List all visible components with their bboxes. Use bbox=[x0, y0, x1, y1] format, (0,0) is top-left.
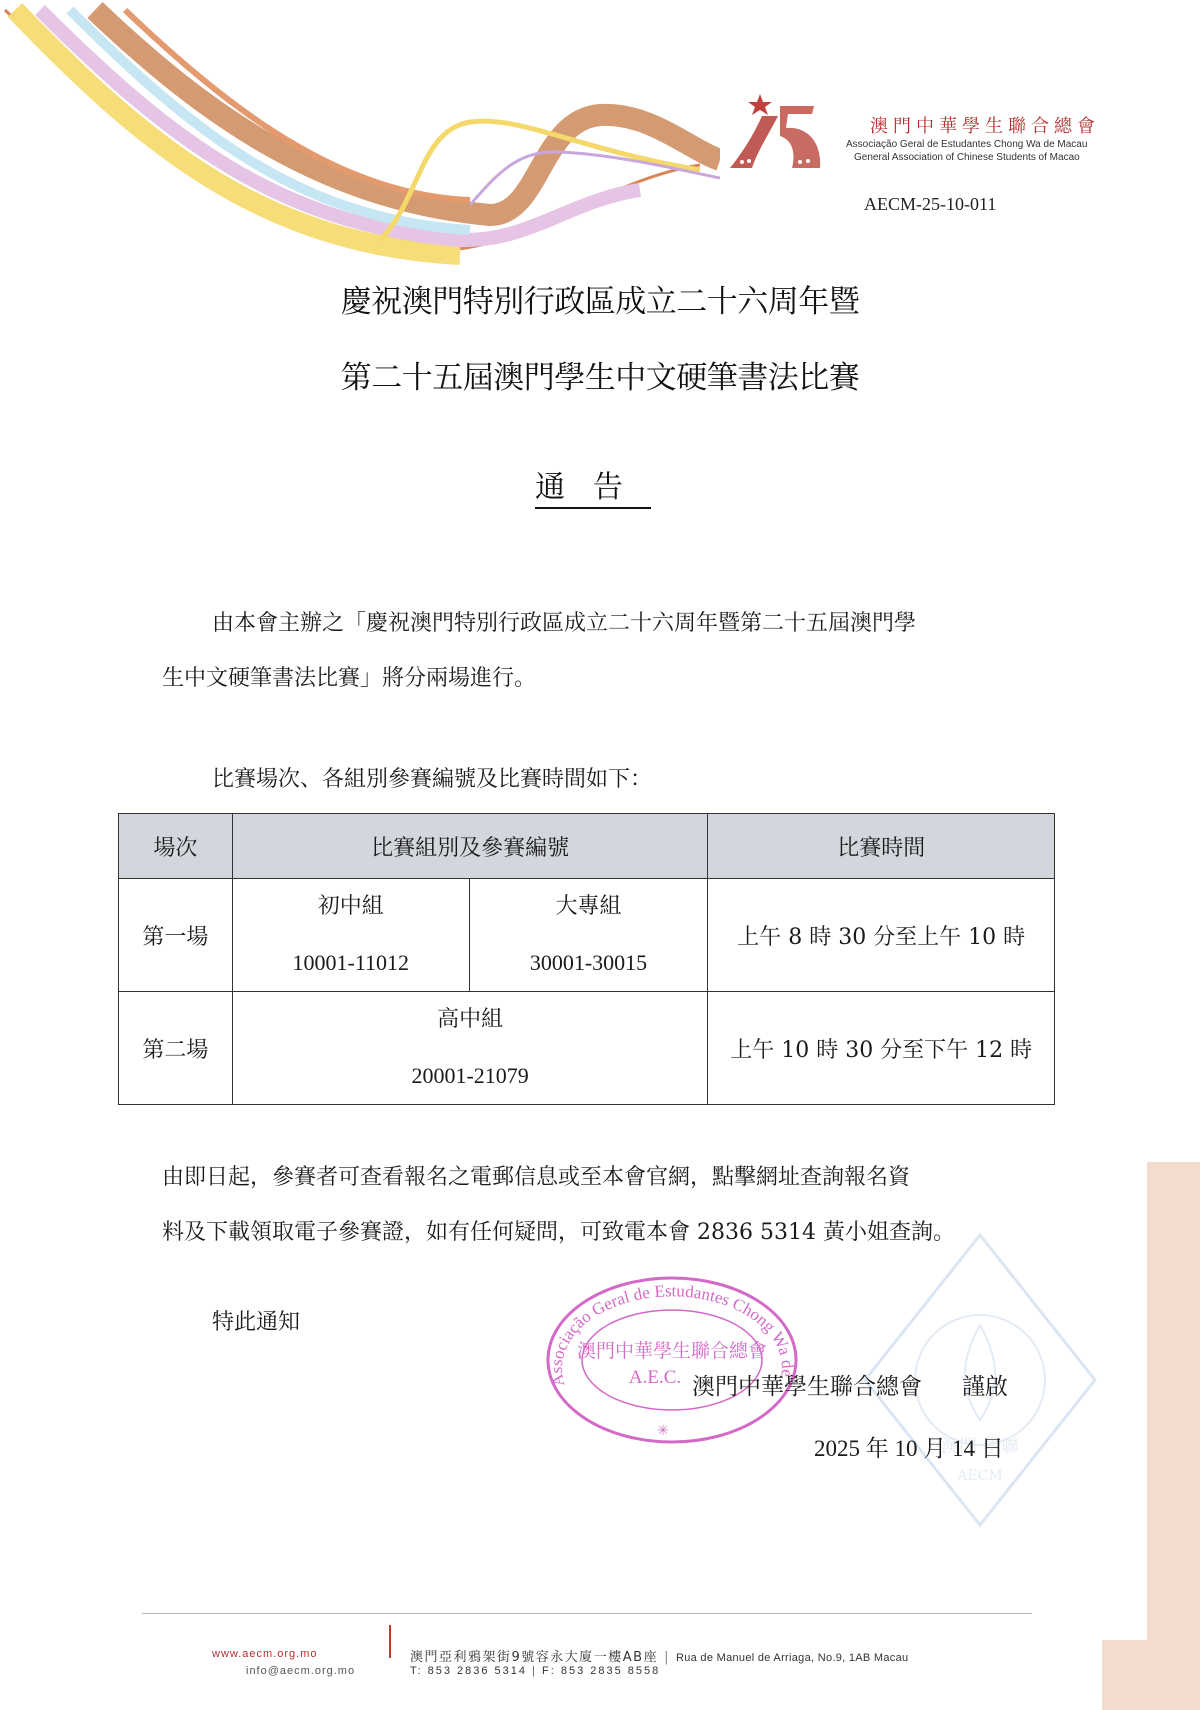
closing-text: 特此通知 bbox=[212, 1305, 300, 1336]
intro-paragraph-line2: 生中文硬筆書法比賽」將分兩場進行。 bbox=[162, 661, 536, 692]
footer-accent-bar bbox=[389, 1625, 391, 1658]
group-numbers: 20001-21079 bbox=[233, 1048, 708, 1104]
svg-text:澳門中華學生聯合總會: 澳門中華學生聯合總會 bbox=[577, 1340, 767, 1362]
group-name: 大專組 bbox=[470, 879, 708, 935]
footer-email-link[interactable]: info@aecm.org.mo bbox=[246, 1665, 355, 1677]
document-date: 2025 年 10 月 14 日 bbox=[814, 1430, 1004, 1463]
org-name-chinese: 澳門中華學生聯合總會 bbox=[870, 112, 1100, 138]
info-paragraph-line1: 由即日起，參賽者可查看報名之電郵信息或至本會官網，點擊網址查詢報名資 bbox=[162, 1160, 910, 1191]
svg-text:✳: ✳ bbox=[657, 1423, 669, 1439]
address-chinese: 澳門亞利鴉架街9號容永大廈一樓AB座 bbox=[410, 1650, 658, 1665]
svg-text:A.E.C.: A.E.C. bbox=[629, 1367, 681, 1388]
info-paragraph-line2: 料及下載領取電子參賽證，如有任何疑問，可致電本會 2836 5314 黃小姐查詢… bbox=[162, 1215, 955, 1246]
footer-website-link[interactable]: www.aecm.org.mo bbox=[212, 1648, 317, 1660]
group-numbers: 10001-11012 bbox=[233, 935, 469, 991]
time-cell: 上午 8 時 30 分至上午 10 時 bbox=[708, 879, 1055, 992]
group-name: 高中組 bbox=[233, 992, 708, 1048]
signatory-closing: 謹啟 bbox=[962, 1368, 1008, 1401]
signatory-organization: 澳門中華學生聯合總會 bbox=[692, 1368, 922, 1401]
org-name-english: General Association of Chinese Students … bbox=[854, 152, 1080, 163]
intro-paragraph-line1: 由本會主辦之「慶祝澳門特別行政區成立二十六周年暨第二十五屆澳門學 bbox=[212, 606, 916, 637]
document-title-line1: 慶祝澳門特別行政區成立二十六周年暨 bbox=[0, 276, 1200, 321]
org-name-portuguese: Associação Geral de Estudantes Chong Wa … bbox=[846, 139, 1087, 150]
header-time: 比賽時間 bbox=[708, 814, 1055, 879]
footer-divider-line bbox=[142, 1613, 1032, 1614]
page-edge-strip bbox=[1147, 1162, 1200, 1710]
reference-number: AECM-25-10-011 bbox=[864, 194, 996, 215]
header-groups: 比賽組別及參賽編號 bbox=[232, 814, 708, 879]
notice-heading: 通告 bbox=[535, 462, 651, 509]
schedule-table: 場次 比賽組別及參賽編號 比賽時間 第一場 初中組 10001-11012 大專… bbox=[118, 813, 1055, 1105]
table-row: 第一場 初中組 10001-11012 大專組 30001-30015 上午 8… bbox=[119, 879, 1055, 992]
session-cell: 第二場 bbox=[119, 992, 233, 1105]
table-row: 第二場 高中組 20001-21079 上午 10 時 30 分至下午 12 時 bbox=[119, 992, 1055, 1105]
page-edge-strip bbox=[1102, 1640, 1147, 1710]
schedule-intro: 比賽場次、各組別參賽編號及比賽時間如下： bbox=[212, 762, 652, 793]
official-seal-stamp-icon: Associação Geral de Estudantes Chong Wa … bbox=[545, 1275, 800, 1445]
footer-telephone: T: 853 2836 5314 bbox=[410, 1665, 527, 1677]
header-session: 場次 bbox=[119, 814, 233, 879]
table-header-row: 場次 比賽組別及參賽編號 比賽時間 bbox=[119, 814, 1055, 879]
address-portuguese: Rua de Manuel de Arriaga, No.9, 1AB Maca… bbox=[676, 1652, 908, 1664]
document-title-line2: 第二十五屆澳門學生中文硬筆書法比賽 bbox=[0, 352, 1200, 397]
time-cell: 上午 10 時 30 分至下午 12 時 bbox=[708, 992, 1055, 1105]
group-cell: 初中組 10001-11012 bbox=[232, 879, 469, 992]
group-cell: 大專組 30001-30015 bbox=[469, 879, 708, 992]
ribbon-decoration bbox=[0, 0, 720, 270]
session-cell: 第一場 bbox=[119, 879, 233, 992]
svg-text:AECM: AECM bbox=[956, 1468, 1002, 1484]
footer-fax: F: 853 2835 8558 bbox=[542, 1665, 660, 1677]
group-numbers: 30001-30015 bbox=[470, 935, 708, 991]
group-cell: 高中組 20001-21079 bbox=[232, 992, 708, 1105]
footer-contact: T: 853 2836 5314 | F: 853 2835 8558 bbox=[410, 1665, 660, 1677]
footer-address: 澳門亞利鴉架街9號容永大廈一樓AB座|Rua de Manuel de Arri… bbox=[410, 1646, 908, 1665]
aecm-anniversary-logo-icon bbox=[722, 92, 832, 172]
group-name: 初中組 bbox=[233, 879, 469, 935]
